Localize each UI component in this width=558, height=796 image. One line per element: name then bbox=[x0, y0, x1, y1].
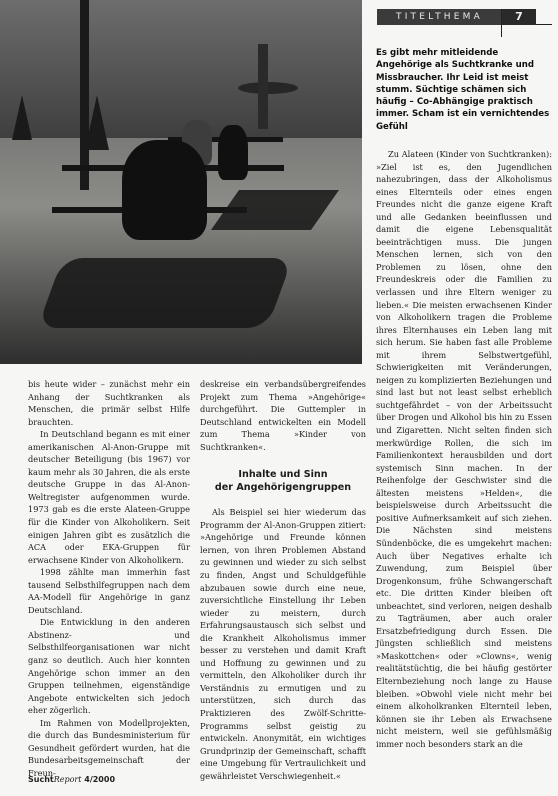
magazine-name-bold: Sucht bbox=[28, 775, 54, 784]
subheading-line: der Angehörigengruppen bbox=[200, 482, 366, 495]
magazine-name-italic: Report bbox=[54, 775, 82, 784]
paragraph: Als Beispiel sei hier wiederum das Progr… bbox=[200, 506, 366, 782]
issue-number: 4/2000 bbox=[84, 775, 115, 784]
photo-sky bbox=[0, 0, 362, 146]
article-intro: Es gibt mehr mitleidende Angehörige als … bbox=[376, 47, 552, 133]
subheading-line: Inhalte und Sinn bbox=[200, 469, 366, 482]
section-title: TITELTHEMA bbox=[377, 9, 502, 25]
photo-person bbox=[218, 125, 248, 180]
page-number: 7 bbox=[502, 9, 536, 25]
article-photo bbox=[0, 0, 362, 364]
paragraph: Die Entwicklung in den anderen Abstinenz… bbox=[28, 616, 190, 716]
paragraph: deskreise ein verbandsübergreifendes Pro… bbox=[200, 378, 366, 453]
text-column-2: deskreise ein verbandsübergreifendes Pro… bbox=[200, 378, 366, 782]
paragraph: Zu Alateen (Kinder von Suchtkranken): »Z… bbox=[376, 148, 552, 750]
photo-fountain-stem bbox=[258, 44, 268, 129]
page-footer: SuchtReport 4/2000 bbox=[28, 775, 115, 784]
photo-shadow bbox=[37, 258, 292, 328]
header-divider bbox=[501, 9, 502, 37]
paragraph: In Deutschland begann es mit einer ameri… bbox=[28, 428, 190, 566]
header-rule bbox=[536, 24, 552, 25]
photo-fountain bbox=[238, 82, 298, 94]
paragraph: 1998 zählte man immerhin fast tausend Se… bbox=[28, 566, 190, 616]
paragraph: Im Rahmen von Modellprojekten, die durch… bbox=[28, 717, 190, 780]
subheading: Inhalte und Sinn der Angehörigengruppen bbox=[200, 469, 366, 494]
photo-tree-trunk bbox=[80, 0, 89, 190]
photo-couple bbox=[122, 140, 207, 240]
text-column-3: Zu Alateen (Kinder von Suchtkranken): »Z… bbox=[376, 148, 552, 750]
paragraph: bis heute wider – zunächst mehr ein Anha… bbox=[28, 378, 190, 428]
text-column-1: bis heute wider – zunächst mehr ein Anha… bbox=[28, 378, 190, 780]
